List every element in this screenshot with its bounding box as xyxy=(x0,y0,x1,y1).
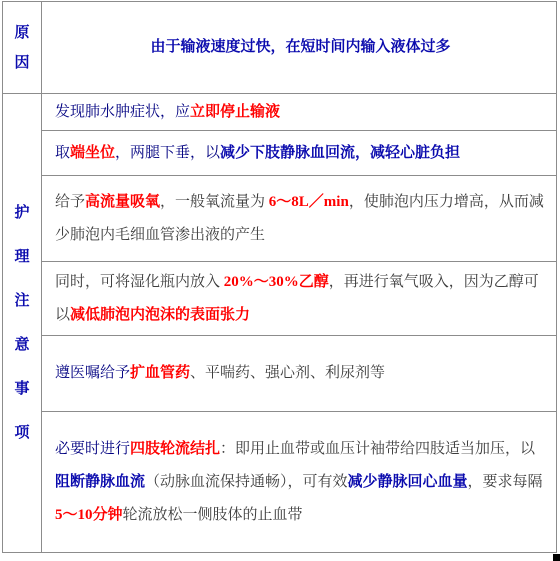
care-item-cell: 发现肺水肿症状，应立即停止输液 xyxy=(42,94,556,131)
care-item-text-4: 同时，可将湿化瓶内放入 20%～30%乙醇，再进行氧气吸入，因为乙醇可以减低肺泡… xyxy=(55,266,546,332)
care-item-text-1: 发现肺水肿症状，应立即停止输液 xyxy=(55,96,546,129)
care-item-text-5: 遵医嘱给予扩血管药、平喘药、强心剂、利尿剂等 xyxy=(55,357,546,390)
cause-content-cell: 由于输液速度过快，在短时间内输入液体过多 xyxy=(42,2,556,94)
row-header-cause: 原因 xyxy=(3,2,42,94)
care-item-cell: 取端坐位，两腿下垂，以减少下肢静脉血回流，减轻心脏负担 xyxy=(42,131,556,176)
care-item-cell: 给予高流量吸氧，一般氧流量为 6～8L／min，使肺泡内压力增高，从而减少肺泡内… xyxy=(42,176,556,262)
infusion-pulmonary-edema-care-table: 原因 由于输液速度过快，在短时间内输入液体过多 护理注意事项 发现肺水肿症状，应… xyxy=(2,1,557,553)
care-item-cell: 遵医嘱给予扩血管药、平喘药、强心剂、利尿剂等 xyxy=(42,336,556,412)
care-item-cell: 同时，可将湿化瓶内放入 20%～30%乙醇，再进行氧气吸入，因为乙醇可以减低肺泡… xyxy=(42,262,556,336)
resize-corner-mark xyxy=(553,554,560,561)
care-item-text-6: 必要时进行四肢轮流结扎：即用止血带或血压计袖带给四肢适当加压，以阻断静脉血流（动… xyxy=(55,433,546,532)
row-header-care-notes: 护理注意事项 xyxy=(3,94,42,552)
care-item-text-2: 取端坐位，两腿下垂，以减少下肢静脉血回流，减轻心脏负担 xyxy=(55,137,546,170)
care-item-text-3: 给予高流量吸氧，一般氧流量为 6～8L／min，使肺泡内压力增高，从而减少肺泡内… xyxy=(55,186,546,252)
care-item-cell: 必要时进行四肢轮流结扎：即用止血带或血压计袖带给四肢适当加压，以阻断静脉血流（动… xyxy=(42,412,556,552)
document-sheet: 原因 由于输液速度过快，在短时间内输入液体过多 护理注意事项 发现肺水肿症状，应… xyxy=(0,0,560,561)
cause-text: 由于输液速度过快，在短时间内输入液体过多 xyxy=(55,31,546,64)
